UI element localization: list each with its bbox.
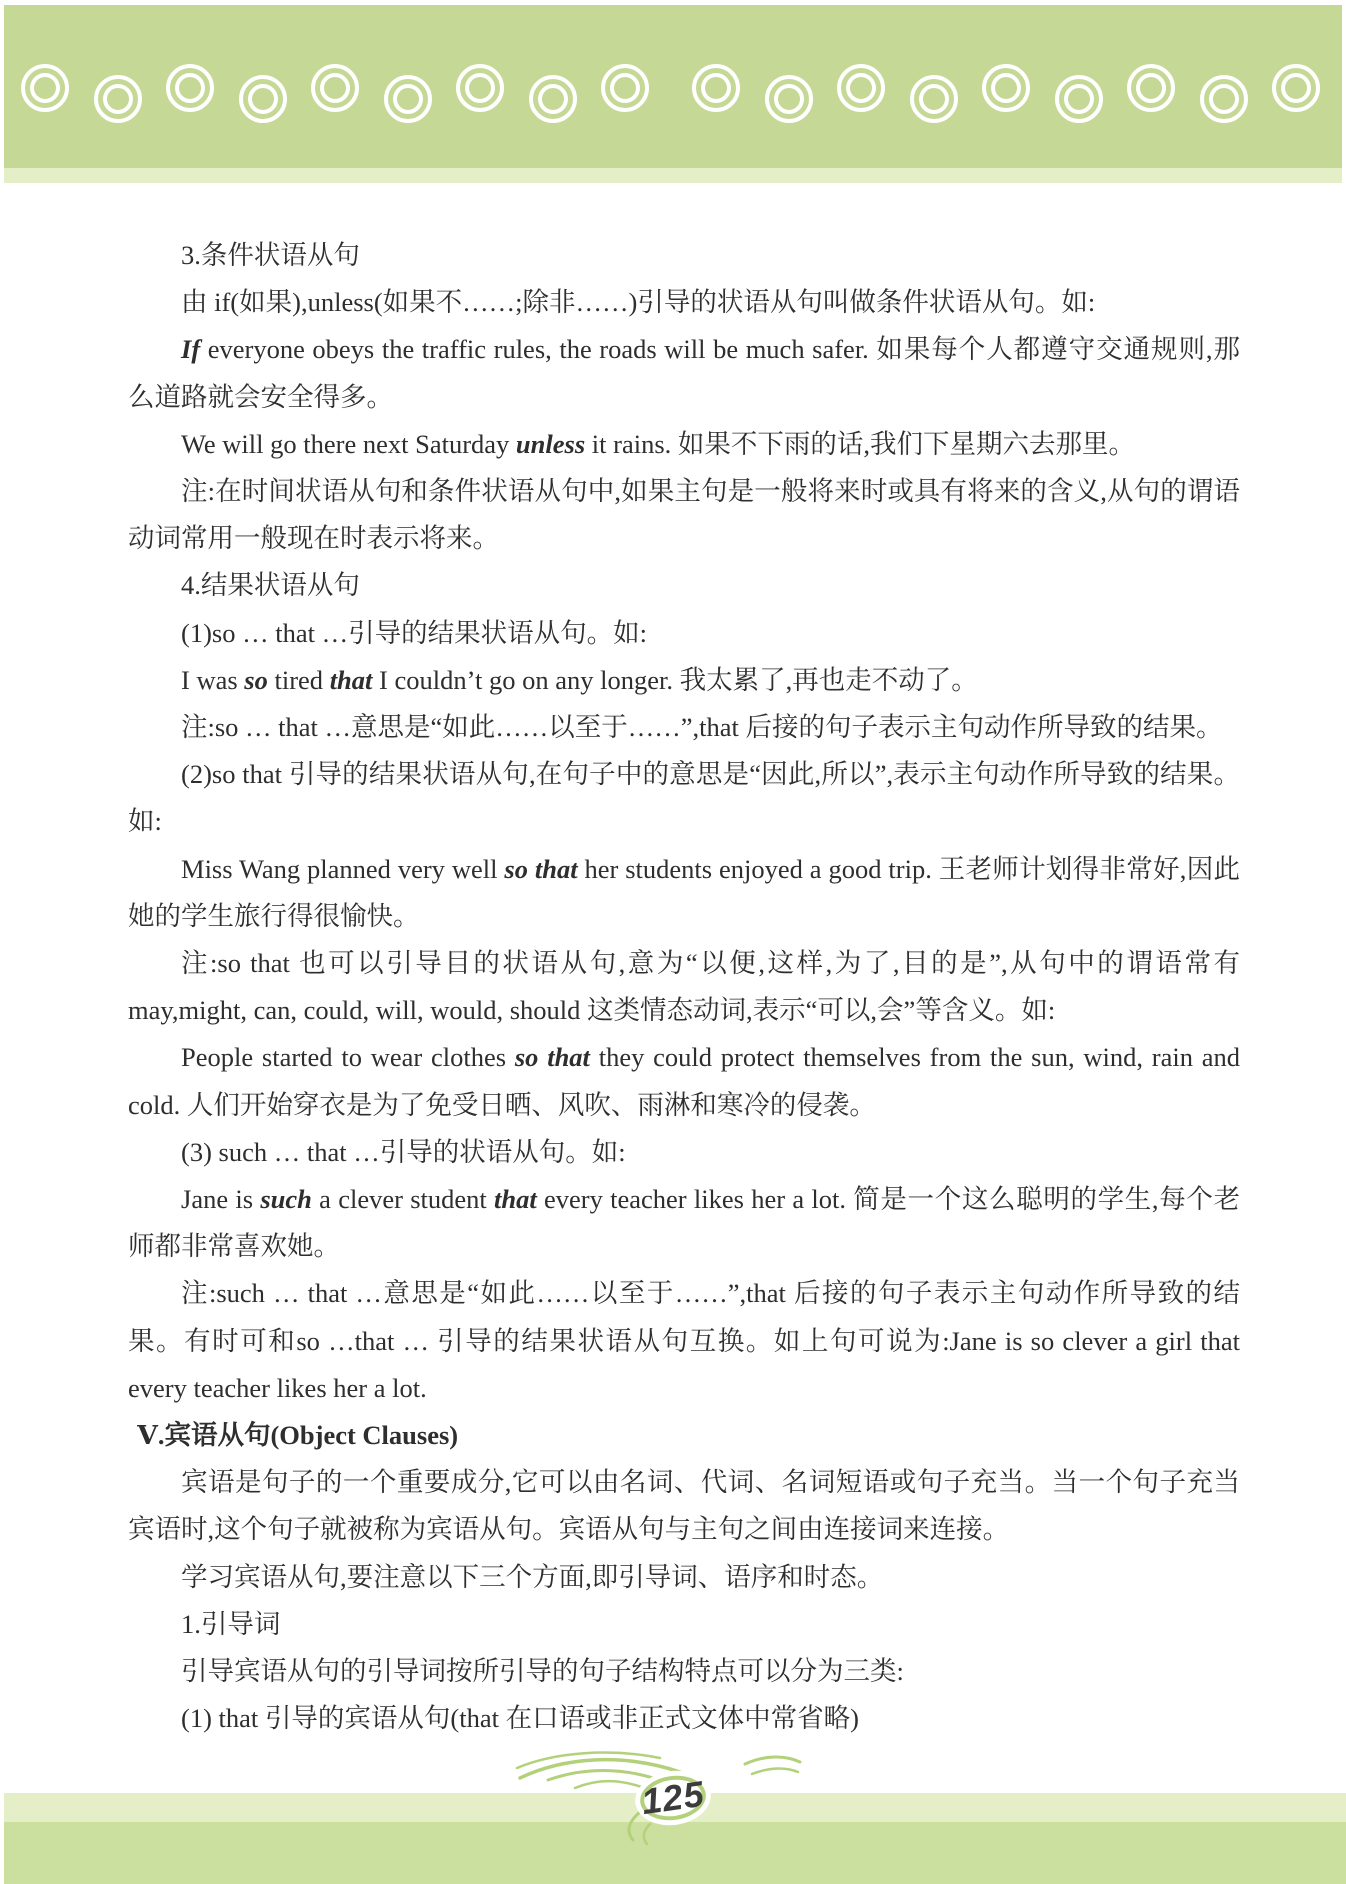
ring-inner-ornament bbox=[1281, 73, 1311, 103]
paragraph: 注:在时间状语从句和条件状语从句中,如果主句是一般将来时或具有将来的含义,从句的… bbox=[128, 468, 1240, 562]
ring-inner-ornament bbox=[1136, 73, 1166, 103]
text-run: 学习宾语从句,要注意以下三个方面,即引导词、语序和时态。 bbox=[181, 1562, 883, 1592]
ring-inner-ornament bbox=[774, 84, 804, 114]
ring-inner-ornament bbox=[1209, 84, 1239, 114]
text-run: a clever student bbox=[312, 1184, 494, 1214]
text-run: Jane is bbox=[181, 1184, 260, 1214]
paragraph: 由 if(如果),unless(如果不……;除非……)引导的状语从句叫做条件状语… bbox=[128, 279, 1240, 326]
header-band bbox=[4, 5, 1342, 168]
text-run: 1.引导词 bbox=[181, 1609, 280, 1639]
paragraph: Jane is such a clever student that every… bbox=[128, 1176, 1240, 1270]
textbook-page: { "colors":{ "band-green":"#c6d896", "ba… bbox=[0, 0, 1346, 1884]
ring-ornament bbox=[837, 64, 885, 112]
text-run: 3.条件状语从句 bbox=[181, 240, 360, 270]
text-run: 注:such … that …意思是“如此……以至于……”,that 后接的句子… bbox=[128, 1278, 1240, 1402]
text-run: Ⅴ.宾语从句(Object Clauses) bbox=[137, 1420, 458, 1450]
keyword-emphasis: that bbox=[494, 1184, 537, 1214]
text-run: (3) such … that …引导的状语从句。如: bbox=[181, 1137, 626, 1167]
text-run: 宾语是句子的一个重要成分,它可以由名词、代词、名词短语或句子充当。当一个句子充当… bbox=[128, 1467, 1240, 1544]
paragraph: 引导宾语从句的引导词按所引导的句子结构特点可以分为三类: bbox=[128, 1648, 1240, 1695]
ring-ornament bbox=[982, 64, 1030, 112]
ring-inner-ornament bbox=[846, 73, 876, 103]
keyword-emphasis: so that bbox=[504, 854, 577, 884]
text-run: (2)so that 引导的结果状语从句,在句子中的意思是“因此,所以”,表示主… bbox=[128, 759, 1240, 836]
keyword-emphasis: unless bbox=[516, 429, 585, 459]
ring-ornament bbox=[21, 64, 69, 112]
ring-ornament bbox=[456, 64, 504, 112]
ring-ornament bbox=[1055, 75, 1103, 123]
ring-ornament bbox=[1200, 75, 1248, 123]
ring-inner-ornament bbox=[248, 84, 278, 114]
ring-inner-ornament bbox=[175, 73, 205, 103]
ring-inner-ornament bbox=[1064, 84, 1094, 114]
paragraph: I was so tired that I couldn’t go on any… bbox=[128, 657, 1240, 704]
keyword-emphasis: such bbox=[260, 1184, 312, 1214]
ring-inner-ornament bbox=[538, 84, 568, 114]
paragraph: (1)so … that …引导的结果状语从句。如: bbox=[128, 610, 1240, 657]
ring-inner-ornament bbox=[465, 73, 495, 103]
section-heading: Ⅴ.宾语从句(Object Clauses) bbox=[128, 1412, 1240, 1459]
paragraph: 4.结果状语从句 bbox=[128, 562, 1240, 609]
ring-inner-ornament bbox=[701, 73, 731, 103]
ring-inner-ornament bbox=[610, 73, 640, 103]
paragraph: We will go there next Saturday unless it… bbox=[128, 421, 1240, 468]
keyword-emphasis: If bbox=[181, 334, 200, 364]
ring-inner-ornament bbox=[393, 84, 423, 114]
ring-ornament bbox=[384, 75, 432, 123]
text-run: tired bbox=[268, 665, 330, 695]
paragraph: 3.条件状语从句 bbox=[128, 232, 1240, 279]
text-run: 由 if(如果),unless(如果不……;除非……)引导的状语从句叫做条件状语… bbox=[181, 287, 1095, 317]
text-run: I couldn’t go on any longer. 我太累了,再也走不动了… bbox=[372, 665, 977, 695]
paragraph: People started to wear clothes so that t… bbox=[128, 1034, 1240, 1128]
ring-ornament bbox=[311, 64, 359, 112]
ring-ornament bbox=[239, 75, 287, 123]
body-text: 3.条件状语从句由 if(如果),unless(如果不……;除非……)引导的状语… bbox=[128, 232, 1240, 1743]
ring-inner-ornament bbox=[991, 73, 1021, 103]
text-run: (1)so … that …引导的结果状语从句。如: bbox=[181, 618, 647, 648]
keyword-emphasis: that bbox=[330, 665, 373, 695]
paragraph: 宾语是句子的一个重要成分,它可以由名词、代词、名词短语或句子充当。当一个句子充当… bbox=[128, 1459, 1240, 1553]
text-run: (1) that 引导的宾语从句(that 在口语或非正式文体中常省略) bbox=[181, 1703, 859, 1733]
paragraph: (2)so that 引导的结果状语从句,在句子中的意思是“因此,所以”,表示主… bbox=[128, 751, 1240, 845]
ring-ornament bbox=[94, 75, 142, 123]
paragraph: (3) such … that …引导的状语从句。如: bbox=[128, 1129, 1240, 1176]
paragraph: 注:such … that …意思是“如此……以至于……”,that 后接的句子… bbox=[128, 1270, 1240, 1412]
ring-inner-ornament bbox=[30, 73, 60, 103]
paragraph: If everyone obeys the traffic rules, the… bbox=[128, 326, 1240, 420]
ring-ornament bbox=[166, 64, 214, 112]
text-run: everyone obeys the traffic rules, the ro… bbox=[128, 334, 1240, 411]
paragraph: (1) that 引导的宾语从句(that 在口语或非正式文体中常省略) bbox=[128, 1695, 1240, 1742]
text-run: 4.结果状语从句 bbox=[181, 570, 360, 600]
page-number: 125 bbox=[639, 1773, 707, 1823]
text-run: Miss Wang planned very well bbox=[181, 854, 504, 884]
text-run: it rains. 如果不下雨的话,我们下星期六去那里。 bbox=[585, 429, 1135, 459]
paragraph: 1.引导词 bbox=[128, 1601, 1240, 1648]
ring-inner-ornament bbox=[919, 84, 949, 114]
ring-ornament bbox=[529, 75, 577, 123]
ring-inner-ornament bbox=[320, 73, 350, 103]
text-run: 注:在时间状语从句和条件状语从句中,如果主句是一般将来时或具有将来的含义,从句的… bbox=[128, 476, 1240, 553]
paragraph: 注:so … that …意思是“如此……以至于……”,that 后接的句子表示… bbox=[128, 704, 1240, 751]
ring-ornament bbox=[692, 64, 740, 112]
keyword-emphasis: so bbox=[244, 665, 268, 695]
ring-ornament bbox=[765, 75, 813, 123]
header-sub-band bbox=[4, 168, 1342, 183]
paragraph: Miss Wang planned very well so that her … bbox=[128, 846, 1240, 940]
text-run: I was bbox=[181, 665, 244, 695]
paragraph: 学习宾语从句,要注意以下三个方面,即引导词、语序和时态。 bbox=[128, 1554, 1240, 1601]
ring-ornament bbox=[601, 64, 649, 112]
text-run: 注:so that 也可以引导目的状语从句,意为“以便,这样,为了,目的是”,从… bbox=[128, 948, 1240, 1025]
ring-inner-ornament bbox=[103, 84, 133, 114]
ring-ornament bbox=[1127, 64, 1175, 112]
text-run: People started to wear clothes bbox=[181, 1042, 515, 1072]
text-run: We will go there next Saturday bbox=[181, 429, 516, 459]
text-run: 注:so … that …意思是“如此……以至于……”,that 后接的句子表示… bbox=[181, 712, 1223, 742]
ring-ornament bbox=[1272, 64, 1320, 112]
paragraph: 注:so that 也可以引导目的状语从句,意为“以便,这样,为了,目的是”,从… bbox=[128, 940, 1240, 1034]
keyword-emphasis: so that bbox=[515, 1042, 590, 1072]
ring-ornament bbox=[910, 75, 958, 123]
text-run: 引导宾语从句的引导词按所引导的句子结构特点可以分为三类: bbox=[181, 1656, 904, 1686]
